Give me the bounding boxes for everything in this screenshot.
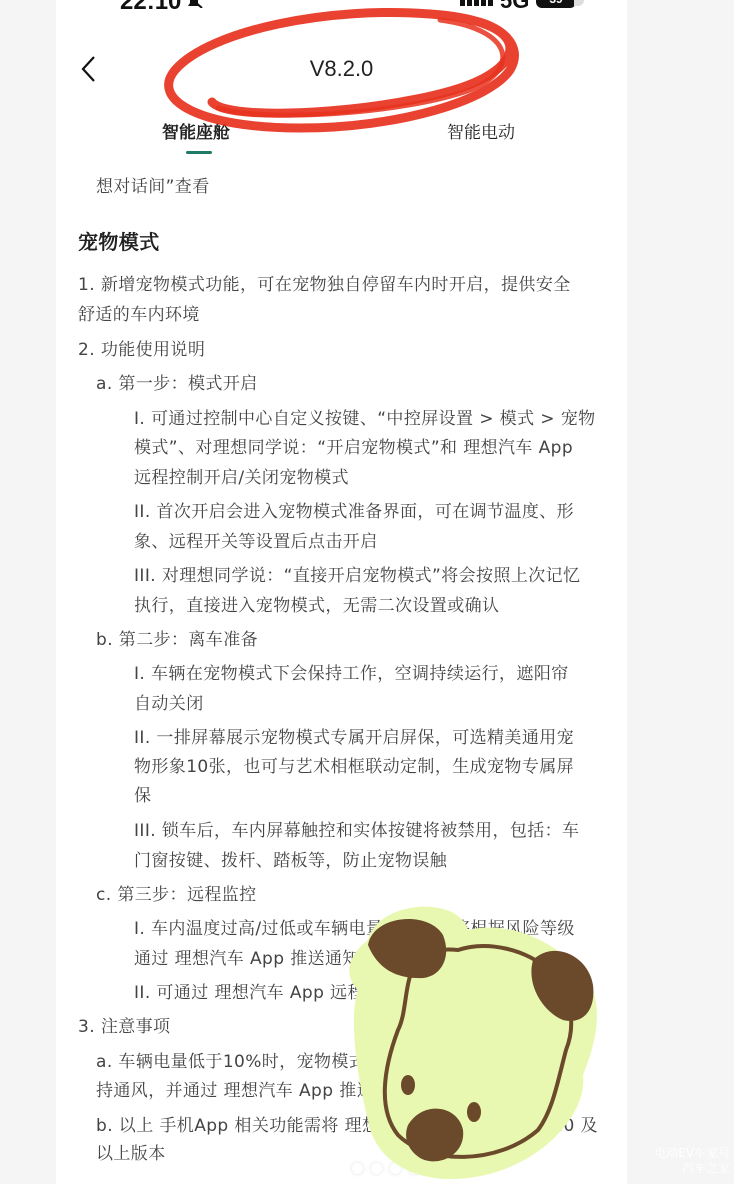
note-line: 自动关闭 bbox=[134, 689, 204, 714]
note-line: II. 可通过 理想汽车 App 远程查看车内状态 bbox=[134, 978, 469, 1003]
signal-icon bbox=[460, 0, 494, 6]
note-line: c. 第三步：远程监控 bbox=[96, 880, 257, 905]
note-line: a. 车辆电量低于10%时，宠物模式将自动退出，车窗开启以保 bbox=[96, 1047, 575, 1072]
battery-tip bbox=[574, 0, 584, 6]
note-line: 舒适的车内环境 bbox=[78, 300, 200, 325]
status-time: 22:10 bbox=[120, 0, 181, 16]
watermark-line-1: 电动EV车家号 bbox=[654, 1146, 730, 1161]
note-line: 象、远程开关等设置后点击开启 bbox=[134, 527, 378, 552]
note-line: 2. 功能使用说明 bbox=[78, 335, 205, 360]
nav-bar: V8.2.0 bbox=[56, 40, 627, 100]
status-bar: 22:10 5G 39 bbox=[56, 0, 627, 14]
page-indicator bbox=[352, 1163, 458, 1175]
page-dot[interactable] bbox=[390, 1163, 401, 1174]
note-line: 3. 注意事项 bbox=[78, 1012, 170, 1037]
note-line: 模式”、对理想同学说：“开启宠物模式”和 理想汽车 App bbox=[134, 433, 573, 458]
watermark: 电动EV车家号 汽车之家 bbox=[654, 1146, 730, 1176]
network-type: 5G bbox=[500, 0, 529, 14]
tab-bar: 智能座舱 智能电动 bbox=[56, 112, 627, 156]
tab-smart-electric[interactable]: 智能电动 bbox=[447, 118, 515, 143]
app-screen: 22:10 5G 39 V8.2.0 智能座舱 智能电动 想对话间”查看 宠物模… bbox=[56, 0, 627, 1184]
note-line: 1. 新增宠物模式功能，可在宠物独自停留车内时开启，提供安全 bbox=[78, 270, 571, 295]
page-dot[interactable] bbox=[447, 1163, 458, 1174]
mute-bell-icon bbox=[184, 0, 204, 8]
battery-icon: 39 bbox=[536, 0, 576, 8]
note-line: I. 车内温度过高/过低或车辆电量不足时，将根据风险等级 bbox=[134, 914, 575, 939]
note-line: a. 第一步：模式开启 bbox=[96, 369, 258, 394]
note-line: 门窗按键、拨杆、踏板等，防止宠物误触 bbox=[134, 846, 447, 871]
page-dot[interactable] bbox=[352, 1163, 363, 1174]
active-tab-indicator bbox=[186, 151, 212, 154]
page-title: V8.2.0 bbox=[56, 56, 627, 82]
prev-paragraph-tail: 想对话间”查看 bbox=[96, 172, 210, 197]
note-line: 通过 理想汽车 App 推送通知 bbox=[134, 944, 360, 969]
watermark-line-2: 汽车之家 bbox=[654, 1161, 730, 1176]
note-line: 物形象10张，也可与艺术相框联动定制，生成宠物专属屏 bbox=[134, 752, 574, 777]
note-line: II. 一排屏幕展示宠物模式专属开启屏保，可选精美通用宠 bbox=[134, 723, 574, 748]
note-line: II. 首次开启会进入宠物模式准备界面，可在调节温度、形 bbox=[134, 497, 574, 522]
section-title: 宠物模式 bbox=[78, 226, 160, 255]
note-line: b. 以上 手机App 相关功能需将 理想汽车 App 升级至 8.18.0 及 bbox=[96, 1111, 598, 1136]
note-line: I. 可通过控制中心自定义按键、“中控屏设置 > 模式 > 宠物 bbox=[134, 404, 596, 429]
note-line: III. 锁车后，车内屏幕触控和实体按键将被禁用，包括：车 bbox=[134, 816, 579, 841]
note-line: b. 第二步：离车准备 bbox=[96, 625, 258, 650]
page-dot[interactable] bbox=[409, 1163, 420, 1174]
note-line: I. 车辆在宠物模式下会保持工作，空调持续运行，遮阳帘 bbox=[134, 659, 569, 684]
note-line: 持通风，并通过 理想汽车 App 推送通知 bbox=[96, 1076, 409, 1101]
note-line: 远程控制开启/关闭宠物模式 bbox=[134, 463, 349, 488]
note-line: III. 对理想同学说：“直接开启宠物模式”将会按照上次记忆 bbox=[134, 561, 580, 586]
note-line: 保 bbox=[134, 781, 151, 806]
battery-level: 39 bbox=[549, 0, 562, 6]
tab-smart-cabin[interactable]: 智能座舱 bbox=[162, 118, 230, 143]
page-dot[interactable] bbox=[371, 1163, 382, 1174]
note-line: 以上版本 bbox=[96, 1139, 166, 1164]
page-dot[interactable] bbox=[428, 1163, 439, 1174]
note-line: 执行，直接进入宠物模式，无需二次设置或确认 bbox=[134, 591, 499, 616]
